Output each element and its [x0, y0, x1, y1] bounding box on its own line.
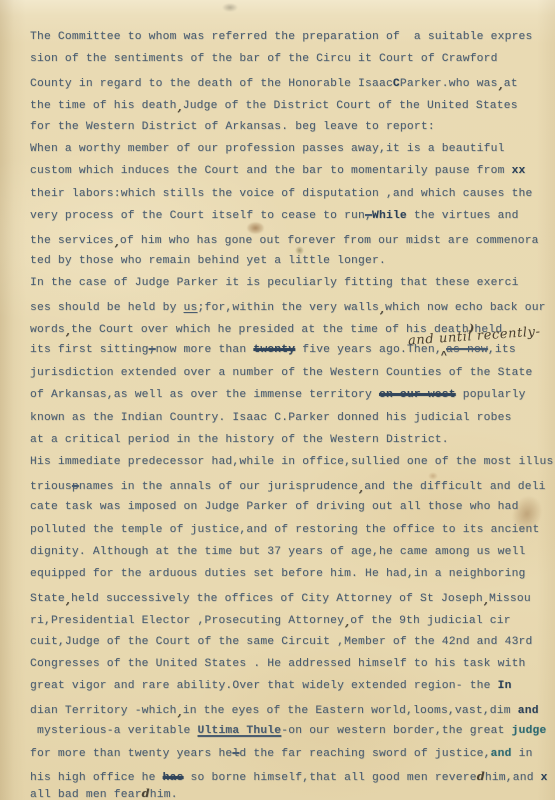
- typed-text: ses should be held by: [30, 302, 184, 314]
- text-line: County in regard to the death of the Hon…: [30, 71, 545, 93]
- handwritten-insert: ,: [359, 481, 363, 495]
- struck-text: on our west: [379, 389, 456, 401]
- text-line: for more than twenty years held the far …: [30, 743, 545, 765]
- typed-text: in: [512, 748, 533, 760]
- typed-text: State: [30, 593, 65, 605]
- text-line: The Committee to whom was referred the p…: [30, 26, 545, 48]
- text-line: In the case of Judge Parker it is peculi…: [30, 272, 545, 294]
- text-line: When a worthy member of our profession p…: [30, 138, 545, 160]
- document-page: The Committee to whom was referred the p…: [0, 0, 555, 800]
- typed-text: the time of his death: [30, 100, 177, 112]
- typed-text: dian Territory -which: [30, 705, 177, 717]
- typed-text: of Arkansas,as well as over the immense …: [30, 389, 379, 401]
- text-line: the time of his death,Judge of the Distr…: [30, 93, 545, 115]
- handwritten-insert: ,: [484, 593, 488, 607]
- typed-text: cuit,Judge of the Court of the same Circ…: [30, 636, 533, 648]
- typed-text: C: [393, 78, 400, 90]
- typed-text: now more than: [156, 344, 254, 356]
- typed-text: sion of the sentiments of the bar of the…: [30, 53, 498, 65]
- typed-text: for the Western District of Arkansas. be…: [30, 121, 435, 133]
- typed-text: all bad men fear: [30, 789, 142, 800]
- text-line: sion of the sentiments of the bar of the…: [30, 48, 545, 70]
- text-line: cate task was imposed on Judge Parker of…: [30, 496, 545, 518]
- text-line: known as the Indian Country. Isaac C.Par…: [30, 407, 545, 429]
- handwritten-insert: ,: [66, 593, 70, 607]
- text-line: all bad men feardhim.: [30, 782, 545, 800]
- typed-text: at: [504, 78, 518, 90]
- text-line: dignity. Although at the time but 37 yea…: [30, 541, 545, 563]
- typed-text: custom which induces the Court and the b…: [30, 165, 512, 177]
- handwritten-insert: d: [477, 769, 485, 783]
- typed-text: ri,Presidential Elector ,Prosecuting Att…: [30, 615, 344, 627]
- typed-text: cate task was imposed on Judge Parker of…: [30, 501, 519, 513]
- typed-text: In the case of Judge Parker it is peculi…: [30, 277, 519, 289]
- struck-text: twenty: [253, 344, 295, 356]
- pencil-mark-stain: [222, 3, 238, 12]
- typed-text: names in the annals of our jurisprudence: [79, 481, 358, 493]
- typed-text: and: [518, 705, 539, 717]
- text-line: mysterious-a veritable Ultima Thule-on o…: [30, 720, 545, 742]
- text-line: great vigor and rare ability.Over that w…: [30, 675, 545, 697]
- handwritten-insert: ,: [115, 235, 119, 249]
- text-line: ri,Presidential Elector ,Prosecuting Att…: [30, 608, 545, 630]
- typed-text: words: [30, 324, 65, 336]
- struck-text: ,: [365, 210, 372, 222]
- handwritten-insert: ,: [178, 705, 182, 719]
- typed-text: While: [372, 210, 407, 222]
- handwritten-insert: ,: [380, 302, 384, 316]
- typed-text: great vigor and rare ability.Over that w…: [30, 680, 498, 692]
- typed-text: County in regard to the death of the Hon…: [30, 78, 393, 90]
- struck-text: ;: [149, 344, 156, 356]
- text-line: dian Territory -which,in the eyes of the…: [30, 698, 545, 720]
- typed-text: and the difficult and deli: [364, 481, 545, 493]
- typed-text: trious: [30, 481, 72, 493]
- typed-text: d the far reaching sword of justice,: [239, 748, 490, 760]
- typed-text: its first sitting: [30, 344, 149, 356]
- typed-text: of the 9th judicial cir: [350, 615, 511, 627]
- text-line: State,held successively the offices of C…: [30, 586, 545, 608]
- text-line: ses should be held by us;for,within the …: [30, 295, 545, 317]
- typed-text: Ultima Thule: [198, 725, 282, 737]
- typed-text: for more than twenty years he: [30, 748, 232, 760]
- typed-text: In: [498, 680, 512, 692]
- text-line: ted by those who remain behind yet a lit…: [30, 250, 545, 272]
- text-line: of Arkansas,as well as over the immense …: [30, 384, 545, 406]
- typed-text: the virtues and: [407, 210, 519, 222]
- typed-text: xx: [512, 165, 526, 177]
- handwritten-insert: ,: [345, 615, 349, 629]
- typed-text: very process of the Court itself to ceas…: [30, 210, 365, 222]
- typed-text: ;for,within the very walls: [198, 302, 379, 314]
- text-line: jurisdiction extended over a number of t…: [30, 362, 545, 384]
- typed-text: of him who has gone out forever from our…: [120, 235, 539, 247]
- handwritten-insert: ^: [441, 351, 447, 362]
- typed-text: Parker.who was: [400, 78, 498, 90]
- handwritten-insert: ,: [178, 100, 182, 114]
- typed-text: dignity. Although at the time but 37 yea…: [30, 546, 526, 558]
- typed-text: Judge of the District Court of the Unite…: [183, 100, 518, 112]
- typed-text: polluted the temple of justice,and of re…: [30, 524, 539, 536]
- typed-text: in the eyes of the Eastern world,looms,v…: [183, 705, 518, 717]
- typed-text: judge: [512, 725, 547, 737]
- text-line: polluted the temple of justice,and of re…: [30, 519, 545, 541]
- text-line: very process of the Court itself to ceas…: [30, 205, 545, 227]
- typed-text: When a worthy member of our profession p…: [30, 143, 505, 155]
- typed-text: Congresses of the United States . He add…: [30, 658, 526, 670]
- text-line: custom which induces the Court and the b…: [30, 160, 545, 182]
- typed-text: which now echo back our: [385, 302, 546, 314]
- text-line: triouspnames in the annals of our jurisp…: [30, 474, 545, 496]
- handwritten-insert: ,: [499, 78, 503, 92]
- text-line: equipped for the arduous duties set befo…: [30, 563, 545, 585]
- typed-text: Missou: [489, 593, 531, 605]
- typed-text: the services: [30, 235, 114, 247]
- handwritten-insert: ,: [66, 324, 70, 338]
- typed-text: known as the Indian Country. Isaac C.Par…: [30, 412, 512, 424]
- text-line: Congresses of the United States . He add…: [30, 653, 545, 675]
- typed-text: him.: [150, 789, 178, 800]
- text-line: for the Western District of Arkansas. be…: [30, 116, 545, 138]
- typed-text: equipped for the arduous duties set befo…: [30, 568, 526, 580]
- text-line: cuit,Judge of the Court of the same Circ…: [30, 631, 545, 653]
- text-line: His immediate predecessor had,while in o…: [30, 451, 545, 473]
- typed-text: popularly: [456, 389, 526, 401]
- handwritten-insert: d: [142, 786, 150, 800]
- typed-text: their labors:which stills the voice of d…: [30, 188, 533, 200]
- text-line: their labors:which stills the voice of d…: [30, 183, 545, 205]
- typed-text: and: [491, 748, 512, 760]
- text-block: The Committee to whom was referred the p…: [30, 26, 545, 800]
- typed-text: His immediate predecessor had,while in o…: [30, 456, 553, 468]
- typed-text: at a critical period in the history of t…: [30, 434, 449, 446]
- typed-text: held successively the offices of City At…: [71, 593, 483, 605]
- text-line: at a critical period in the history of t…: [30, 429, 545, 451]
- typed-text: us: [184, 302, 198, 314]
- typed-text: jurisdiction extended over a number of t…: [30, 367, 533, 379]
- text-line: the services,of him who has gone out for…: [30, 228, 545, 250]
- typed-text: The Committee to whom was referred the p…: [30, 31, 533, 43]
- typed-text: -on our western border,the great: [281, 725, 511, 737]
- typed-text: mysterious-a veritable: [30, 725, 198, 737]
- struck-text: p: [72, 481, 79, 493]
- text-line: and until recently-its first sitting;now…: [30, 339, 545, 361]
- typed-text: ted by those who remain behind yet a lit…: [30, 255, 386, 267]
